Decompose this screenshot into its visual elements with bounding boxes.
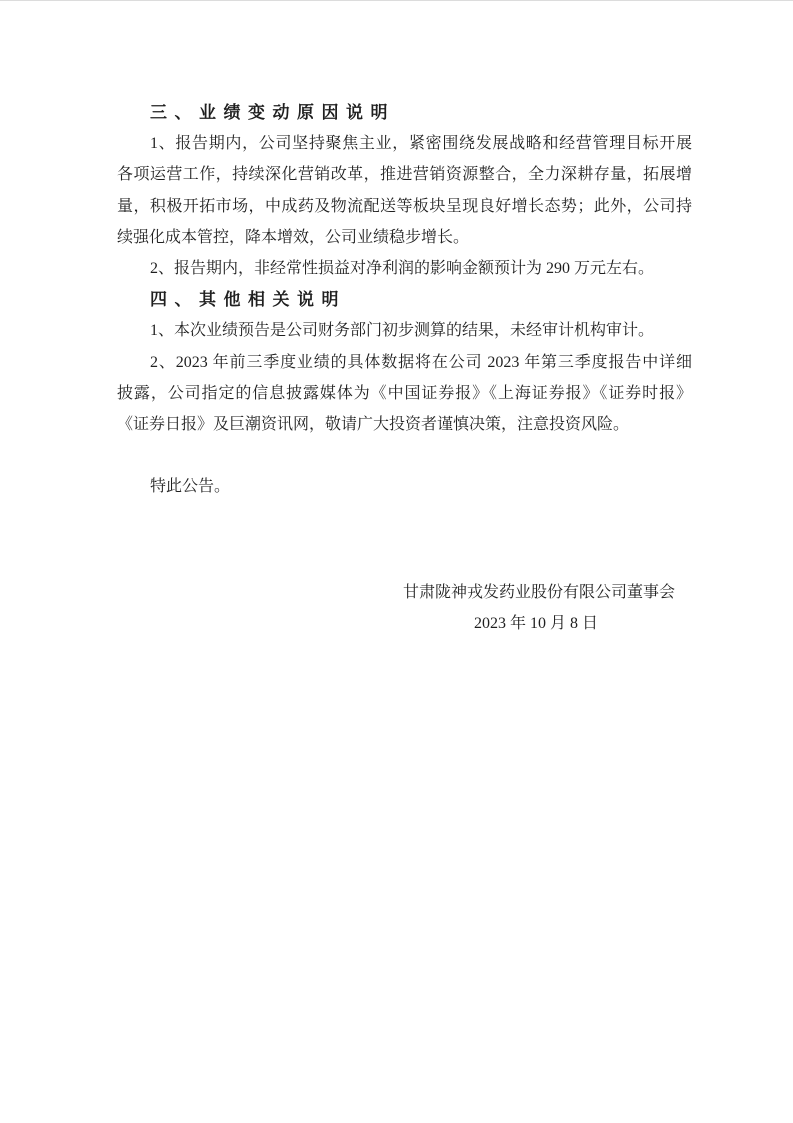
- paragraph-line: 《证券日报》及巨潮资讯网，敬请广大投资者谨慎决策，注意投资风险。: [117, 409, 692, 440]
- paragraph-line: 披露，公司指定的信息披露媒体为《中国证券报》《上海证券报》《证券时报》: [117, 378, 692, 409]
- section-heading-reasons: 三、业绩变动原因说明: [117, 97, 692, 128]
- section-heading-other-notes: 四、其他相关说明: [117, 284, 692, 315]
- announcement-page: 三、业绩变动原因说明 1、报告期内，公司坚持聚焦主业，紧密围绕发展战略和经营管理…: [0, 0, 793, 1123]
- paragraph-line: 各项运营工作，持续深化营销改革，推进营销资源整合，全力深耕存量，拓展增: [117, 159, 692, 190]
- paragraph-line: 量，积极开拓市场，中成药及物流配送等板块呈现良好增长态势；此外，公司持: [117, 191, 692, 222]
- paragraph-line: 2、报告期内，非经常性损益对净利润的影响金额预计为 290 万元左右。: [117, 253, 692, 284]
- signature-company-board: 甘肃陇神戎发药业股份有限公司董事会: [117, 577, 692, 608]
- paragraph-line: 续强化成本管控，降本增效，公司业绩稳步增长。: [117, 222, 692, 253]
- paragraph-line: 2、2023 年前三季度业绩的具体数据将在公司 2023 年第三季度报告中详细: [117, 347, 692, 378]
- paragraph-line: 1、报告期内，公司坚持聚焦主业，紧密围绕发展战略和经营管理目标开展: [117, 128, 692, 159]
- signature-date: 2023 年 10 月 8 日: [117, 608, 692, 639]
- document-content: 三、业绩变动原因说明 1、报告期内，公司坚持聚焦主业，紧密围绕发展战略和经营管理…: [117, 1, 692, 639]
- paragraph-line: 1、本次业绩预告是公司财务部门初步测算的结果，未经审计机构审计。: [117, 315, 692, 346]
- sign-off-line: 特此公告。: [117, 471, 692, 502]
